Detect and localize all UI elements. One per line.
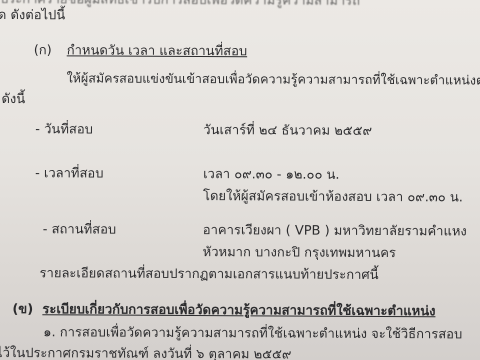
intro-tail: ด ดังต่อไปนี้: [0, 8, 65, 24]
exam-checkin-time: โดยให้ผู้สมัครสอบเข้าห้องสอบ เวลา ๐๙.๓๐ …: [203, 189, 463, 206]
exam-time-value: เวลา ๐๙.๓๐ - ๑๒.๐๐ น.: [203, 167, 340, 184]
exam-venue-value: อาคารเวียงผา ( VPB ) มหาวิทยาลัยรามคำแหง: [203, 223, 467, 240]
section-b-item-1: ๑. การสอบเพื่อวัดความรู้ความสามารถที่ใช้…: [43, 325, 462, 343]
venue-details-note: รายละเอียดสถานที่สอบปรากฏตามเอกสารแนบท้า…: [40, 266, 379, 284]
section-a-paragraph-tail: ดังนี้: [1, 92, 25, 108]
exam-venue-address: หัวหมาก บางกะปิ กรุงเทพมหานคร: [203, 245, 396, 262]
section-b-marker: (ข): [12, 302, 33, 318]
document-page: ประกาศรายชื่อผู้มีสิทธิ์เข้ารับการสอบเพื…: [0, 0, 480, 360]
exam-date-label: - วันที่สอบ: [35, 122, 93, 138]
section-b-item-1-tail: ไว้ในประกาศกรมราชทัณฑ์ ลงวันที่ ๖ ตุลาคม…: [0, 346, 291, 360]
exam-time-label: - เวลาที่สอบ: [35, 166, 103, 182]
exam-venue-label: - สถานที่สอบ: [43, 222, 116, 238]
section-a-heading: กำหนดวัน เวลา และสถานที่สอบ: [67, 43, 248, 60]
section-b-heading: ระเบียบเกี่ยวกับการสอบเพื่อวัดความรู้ควา…: [42, 302, 435, 320]
section-a-paragraph: ให้ผู้สมัครสอบแข่งขันเข้าสอบเพื่อวัดความ…: [67, 70, 480, 88]
exam-date-value: วันเสาร์ที่ ๒๔ ธันวาคม ๒๕๕๙: [203, 123, 372, 140]
section-a-marker: (ก): [34, 43, 52, 59]
